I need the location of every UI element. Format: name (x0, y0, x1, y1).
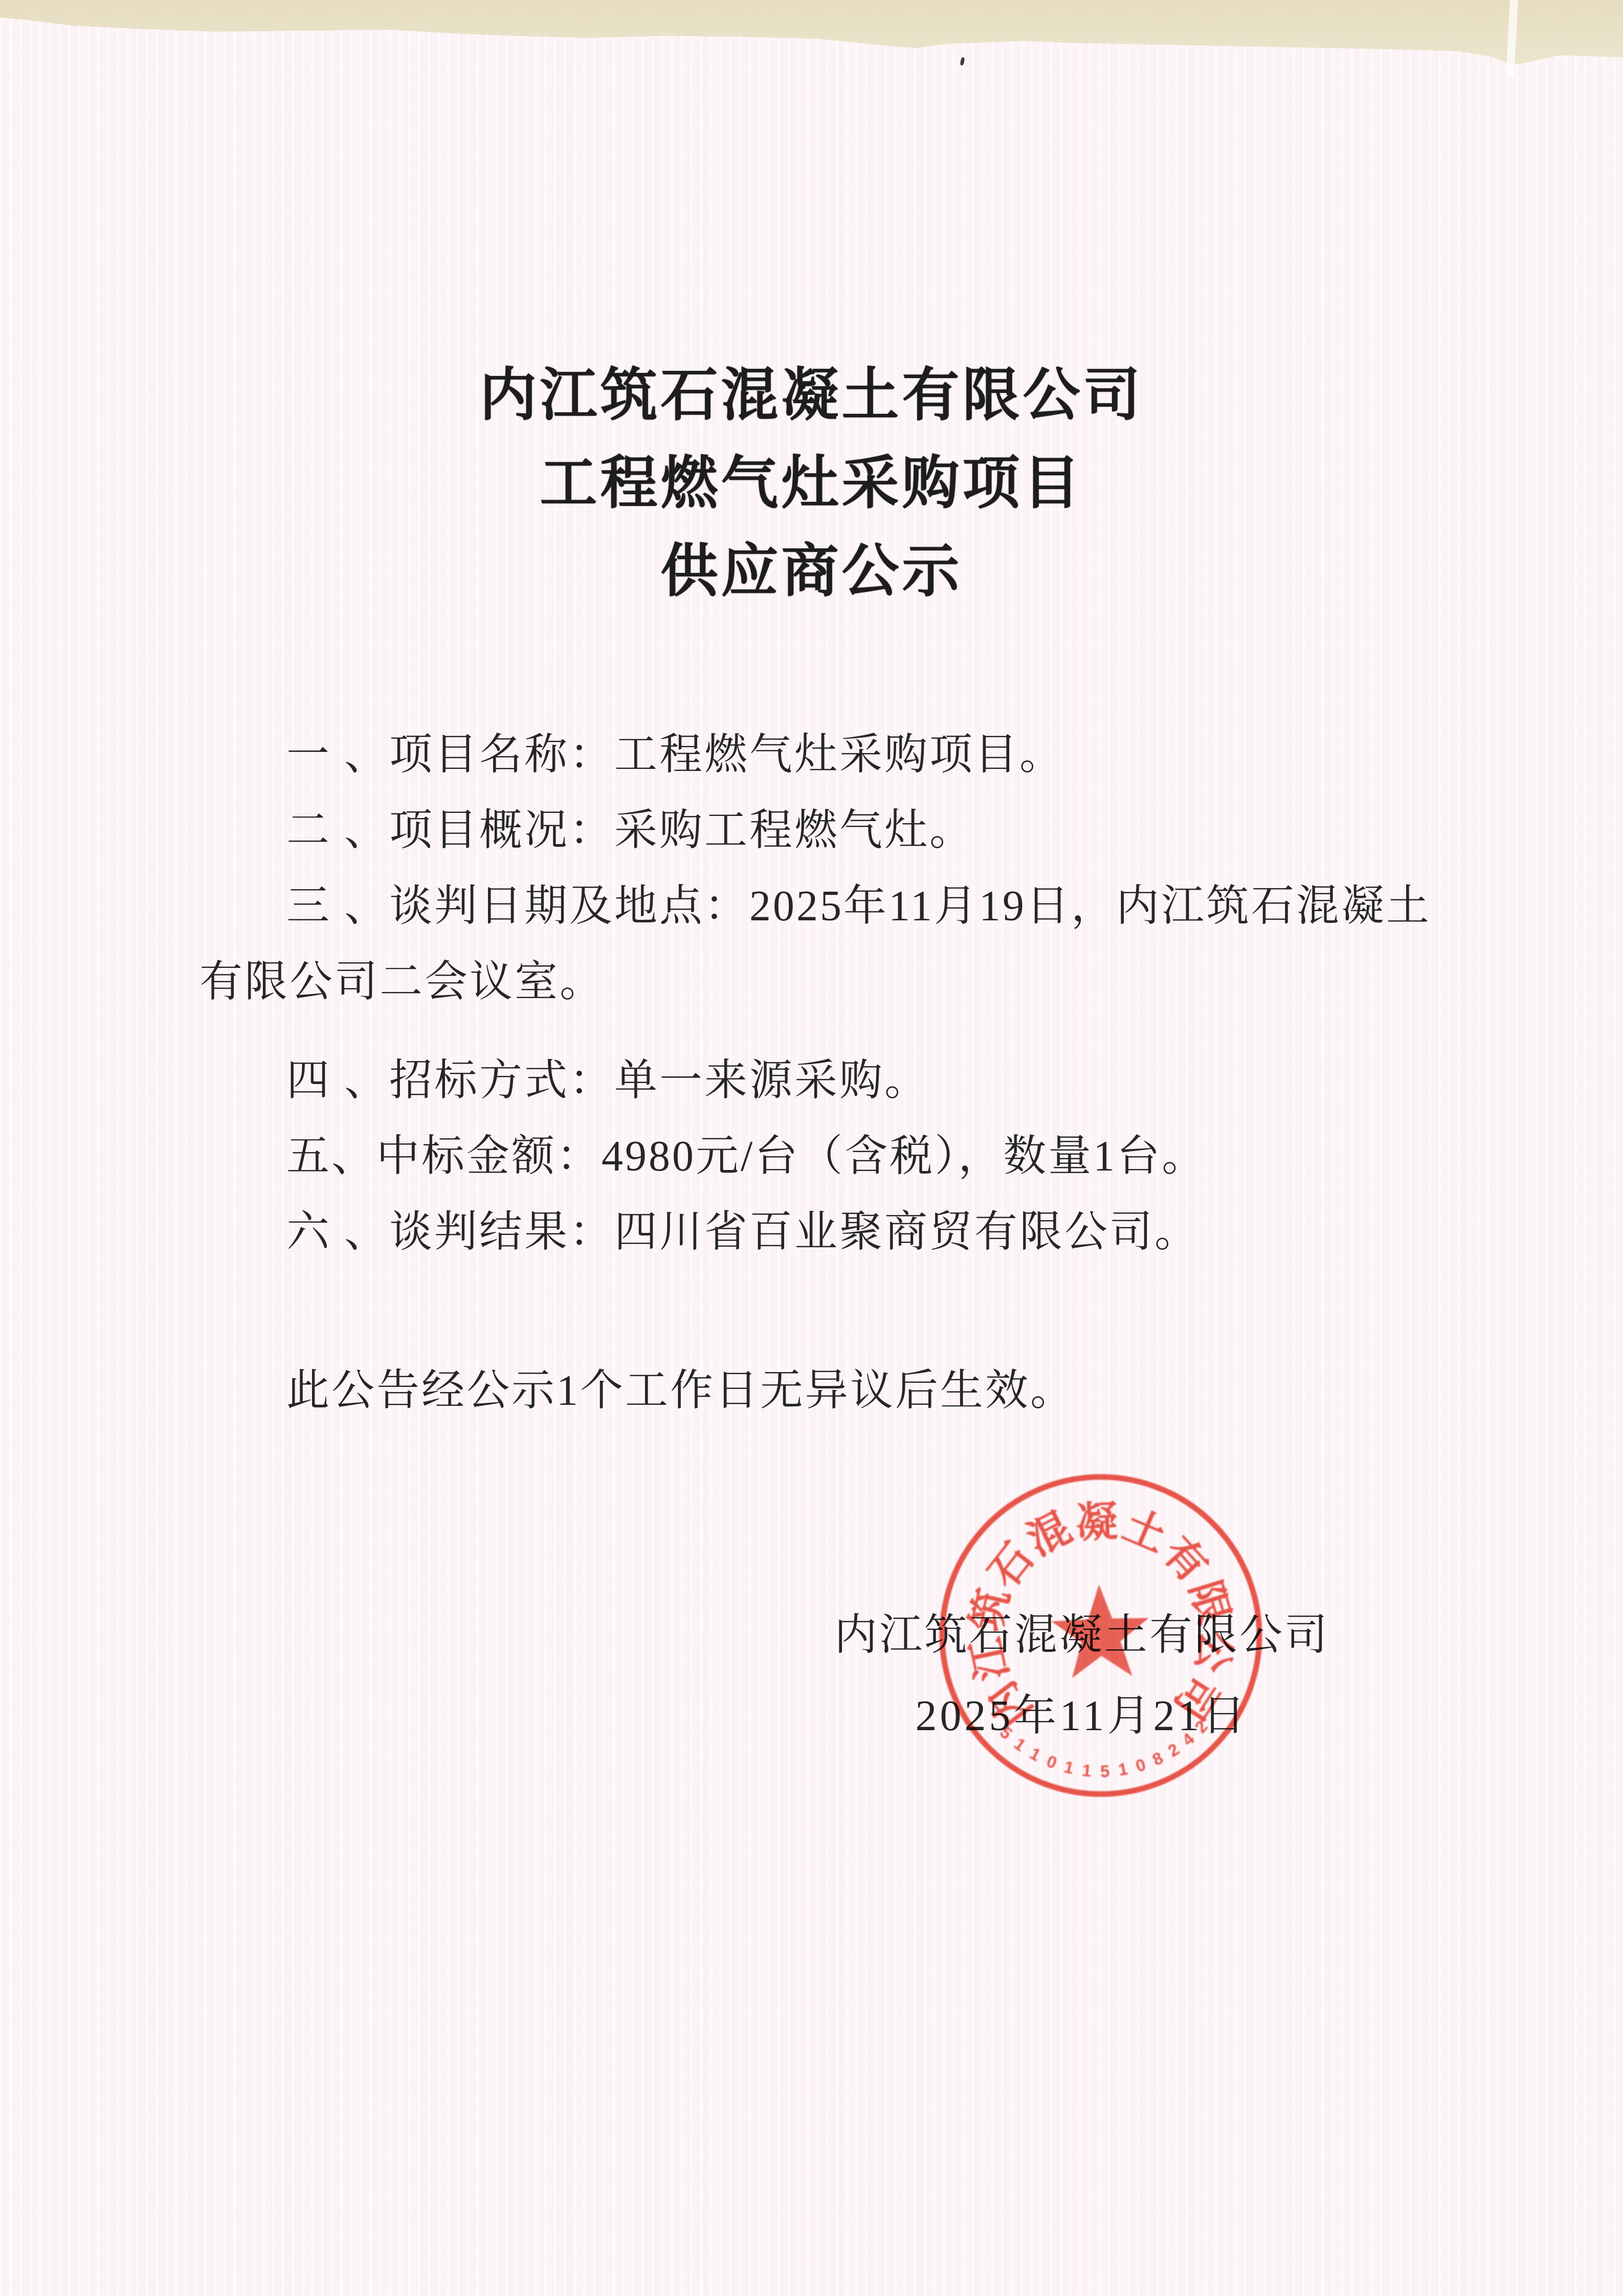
seal-serial-digit: 1 (1011, 1734, 1030, 1756)
seal-arc-character: 凝 (1075, 1498, 1119, 1546)
seal-serial-digit: 0 (1044, 1751, 1060, 1773)
body-line-item4-method: 四 、招标方式：单一来源采购。 (199, 1043, 1427, 1119)
title-line-notice-type: 供应商公示 (0, 528, 1623, 616)
body-line-item6-result: 六 、谈判结果：四川省百业聚商贸有限公司。 (199, 1195, 1427, 1270)
seal-arc-character: 公 (1187, 1627, 1239, 1675)
company-seal: 内江筑石混凝土有限公司5110115108242 (929, 1464, 1273, 1807)
seal-serial-digit: 4 (1179, 1728, 1198, 1749)
seal-serial-digit: 1 (1062, 1757, 1077, 1778)
effective-note: 此公告经公示1个工作日无异议后生效。 (286, 1353, 1075, 1429)
seal-arc-character: 筑 (963, 1584, 1017, 1636)
seal-serial-digit: 5 (1100, 1761, 1111, 1781)
body-line-item2-overview: 二 、项目概况：采购工程燃气灶。 (199, 793, 1427, 869)
seal-serial-digit: 0 (1133, 1754, 1149, 1775)
body-line-item5-amount: 五、中标金额：4980元/台（含税），数量1台。 (199, 1119, 1427, 1195)
seal-serial-digit: 1 (1081, 1760, 1094, 1780)
document-title: 内江筑石混凝土有限公司 工程燃气灶采购项目 供应商公示 (0, 352, 1623, 616)
seal-arc-character: 江 (963, 1634, 1017, 1685)
seal-serial-digit: 1 (1117, 1759, 1130, 1779)
seal-star-icon (1050, 1583, 1150, 1679)
seal-serial-digit: 8 (1149, 1748, 1167, 1769)
title-line-company: 内江筑石混凝土有限公司 (0, 352, 1623, 440)
scanned-document-page: 内江筑石混凝土有限公司 工程燃气灶采购项目 供应商公示 一 、项目名称：工程燃气… (0, 0, 1623, 2296)
seal-serial-digit: 1 (1027, 1743, 1045, 1765)
title-line-project: 工程燃气灶采购项目 (0, 440, 1623, 528)
scanner-edge-artifact (0, 0, 1623, 72)
body-line-item3-wrap: 有限公司二会议室。 (199, 944, 1427, 1020)
document-body: 一 、项目名称：工程燃气灶采购项目。 二 、项目概况：采购工程燃气灶。 三 、谈… (199, 717, 1427, 1270)
scan-speck (960, 57, 965, 65)
seal-serial-digit: 2 (1165, 1739, 1184, 1760)
body-line-item1-project-name: 一 、项目名称：工程燃气灶采购项目。 (199, 717, 1427, 793)
body-line-item3-date-place: 三 、谈判日期及地点：2025年11月19日，内江筑石混凝土 (199, 869, 1427, 944)
